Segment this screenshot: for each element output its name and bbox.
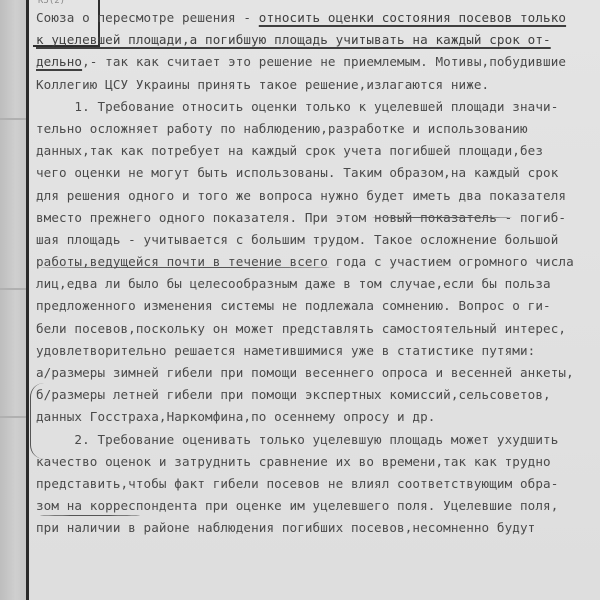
text-line: удовлетворительно решается наметившимися… bbox=[36, 340, 596, 362]
text-run: качество оценок и затруднить сравнение и… bbox=[36, 454, 551, 469]
text-run: чего оценки не могут быть использованы. … bbox=[36, 165, 558, 180]
text-run: удовлетворительно решается наметившимися… bbox=[36, 343, 535, 358]
pencil-underline bbox=[40, 515, 140, 516]
text-line: бели посевов,поскольку он может представ… bbox=[36, 318, 596, 340]
text-line: вместо прежнего одного показателя. При э… bbox=[36, 207, 596, 229]
margin-seam bbox=[0, 416, 26, 418]
text-line: тельно осложняет работу по наблюдению,ра… bbox=[36, 118, 596, 140]
text-run: бели посевов,поскольку он может представ… bbox=[36, 321, 566, 336]
text-line: чего оценки не могут быть использованы. … bbox=[36, 162, 596, 184]
text-run: шая площадь - учитывается с большим труд… bbox=[36, 232, 558, 247]
text-run: а/размеры зимней гибели при помощи весен… bbox=[36, 365, 574, 380]
pencil-underline bbox=[40, 267, 330, 268]
text-run: лиц,едва ли было бы целесообразным даже … bbox=[36, 276, 551, 291]
text-line: к уцелевшей площади,а погибшую площадь у… bbox=[36, 29, 596, 51]
text-line: представить,чтобы факт гибели посевов не… bbox=[36, 473, 596, 495]
text-run: тельно осложняет работу по наблюдению,ра… bbox=[36, 121, 528, 136]
text-line: при наличии в районе наблюдения погибших… bbox=[36, 517, 596, 539]
text-run: данных Госстраха,Наркомфина,по осеннему … bbox=[36, 409, 435, 424]
text-line: данных,так как потребует на каждый срок … bbox=[36, 140, 596, 162]
margin-seam bbox=[0, 118, 26, 120]
pencil-underline bbox=[372, 217, 512, 218]
underlined-text: относить оценки состояния посевов только bbox=[259, 10, 566, 25]
text-line: предложенного изменения системы не подле… bbox=[36, 295, 596, 317]
text-line: шая площадь - учитывается с большим труд… bbox=[36, 229, 596, 251]
text-line: качество оценок и затруднить сравнение и… bbox=[36, 451, 596, 473]
underlined-text: дельно bbox=[36, 54, 82, 69]
text-run: данных,так как потребует на каждый срок … bbox=[36, 143, 543, 158]
text-run: Союза о пересмотре решения - bbox=[36, 10, 259, 25]
text-line: работы,ведущейся почти в течение всего г… bbox=[36, 251, 596, 273]
text-line: данных Госстраха,Наркомфина,по осеннему … bbox=[36, 406, 596, 428]
text-line: зом на корреспондента при оценке им уцел… bbox=[36, 495, 596, 517]
text-line: Коллегию ЦСУ Украины принять такое решен… bbox=[36, 74, 596, 96]
pencil-margin-bracket bbox=[30, 383, 45, 459]
text-run: ,- так как считает это решение не приемл… bbox=[82, 54, 566, 69]
text-run: 1. Требование относить оценки только к у… bbox=[36, 99, 558, 114]
text-line: для решения одного и того же вопроса нуж… bbox=[36, 185, 596, 207]
text-run: 2. Требование оценивать только уцелевшую… bbox=[36, 432, 558, 447]
text-run: б/размеры летней гибели при помощи экспе… bbox=[36, 387, 551, 402]
text-line: б/размеры летней гибели при помощи экспе… bbox=[36, 384, 596, 406]
underlined-text: к уцелевшей площади,а погибшую площадь у… bbox=[36, 32, 551, 47]
text-run: Коллегию ЦСУ Украины принять такое решен… bbox=[36, 77, 489, 92]
text-line: лиц,едва ли было бы целесообразным даже … bbox=[36, 273, 596, 295]
archive-stamp: К5(2) bbox=[38, 0, 65, 6]
text-line: 2. Требование оценивать только уцелевшую… bbox=[36, 429, 596, 451]
text-line: Союза о пересмотре решения - относить оц… bbox=[36, 7, 596, 29]
scan-left-margin bbox=[0, 0, 26, 600]
margin-seam bbox=[0, 288, 26, 290]
text-run: зом на корреспондента при оценке им уцел… bbox=[36, 498, 558, 513]
text-line: дельно,- так как считает это решение не … bbox=[36, 51, 596, 73]
text-run: представить,чтобы факт гибели посевов не… bbox=[36, 476, 558, 491]
text-run: предложенного изменения системы не подле… bbox=[36, 298, 551, 313]
text-run: для решения одного и того же вопроса нуж… bbox=[36, 188, 566, 203]
text-line: 1. Требование относить оценки только к у… bbox=[36, 96, 596, 118]
typewritten-body: Союза о пересмотре решения - относить оц… bbox=[36, 7, 596, 540]
text-run: при наличии в районе наблюдения погибших… bbox=[36, 520, 535, 535]
text-line: а/размеры зимней гибели при помощи весен… bbox=[36, 362, 596, 384]
